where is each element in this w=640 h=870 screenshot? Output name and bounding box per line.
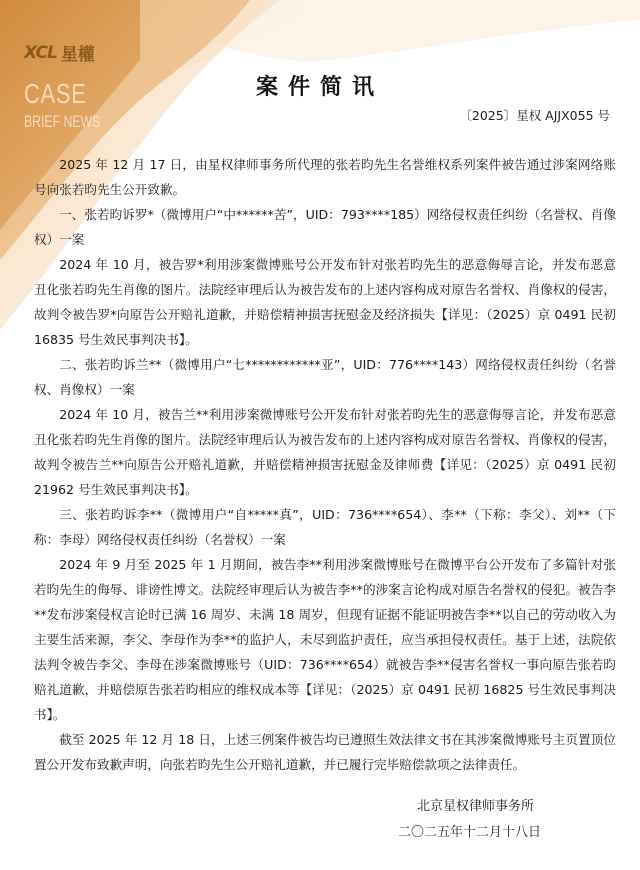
case-3-detail: 2024 年 9 月至 2025 年 1 月期间，被告李**利用涉案微博账号在微… [34, 552, 616, 727]
document-number: 〔2025〕星权 AJJX055 号 [459, 106, 610, 124]
signature-block: 北京星权律师事务所 二〇二五年十二月十八日 [398, 794, 541, 846]
document-body: 2025 年 12 月 17 日，由星权律师事务所代理的张若昀先生名誉维权系列案… [34, 152, 616, 777]
brand-logo: XCL 星權 [24, 40, 95, 65]
conclusion-paragraph: 截至 2025 年 12 月 18 日，上述三例案件被告均已遵照生效法律文书在其… [34, 727, 616, 777]
watermark-brief-news: BRIEF NEWS [24, 112, 100, 132]
case-1-detail: 2024 年 10 月，被告罗*利用涉案微博账号公开发布针对张若昀先生的恶意侮辱… [34, 252, 616, 352]
case-1-heading: 一、张若昀诉罗*（微博用户“中******苦”，UID：793****185）网… [34, 202, 616, 252]
case-2-heading: 二、张若昀诉兰**（微博用户“七************亚”，UID：776**… [34, 352, 616, 402]
intro-paragraph: 2025 年 12 月 17 日，由星权律师事务所代理的张若昀先生名誉维权系列案… [34, 152, 616, 202]
case-2-detail: 2024 年 10 月，被告兰**利用涉案微博账号公开发布针对张若昀先生的恶意侮… [34, 402, 616, 502]
signature-organization: 北京星权律师事务所 [398, 794, 541, 820]
document-title: 案件简讯 [0, 70, 640, 101]
case-3-heading: 三、张若昀诉李**（微博用户“自*****真”，UID：736****654）、… [34, 502, 616, 552]
logo-mark: XCL [24, 43, 57, 63]
logo-text: 星權 [61, 40, 95, 65]
signature-date: 二〇二五年十二月十八日 [398, 820, 541, 846]
